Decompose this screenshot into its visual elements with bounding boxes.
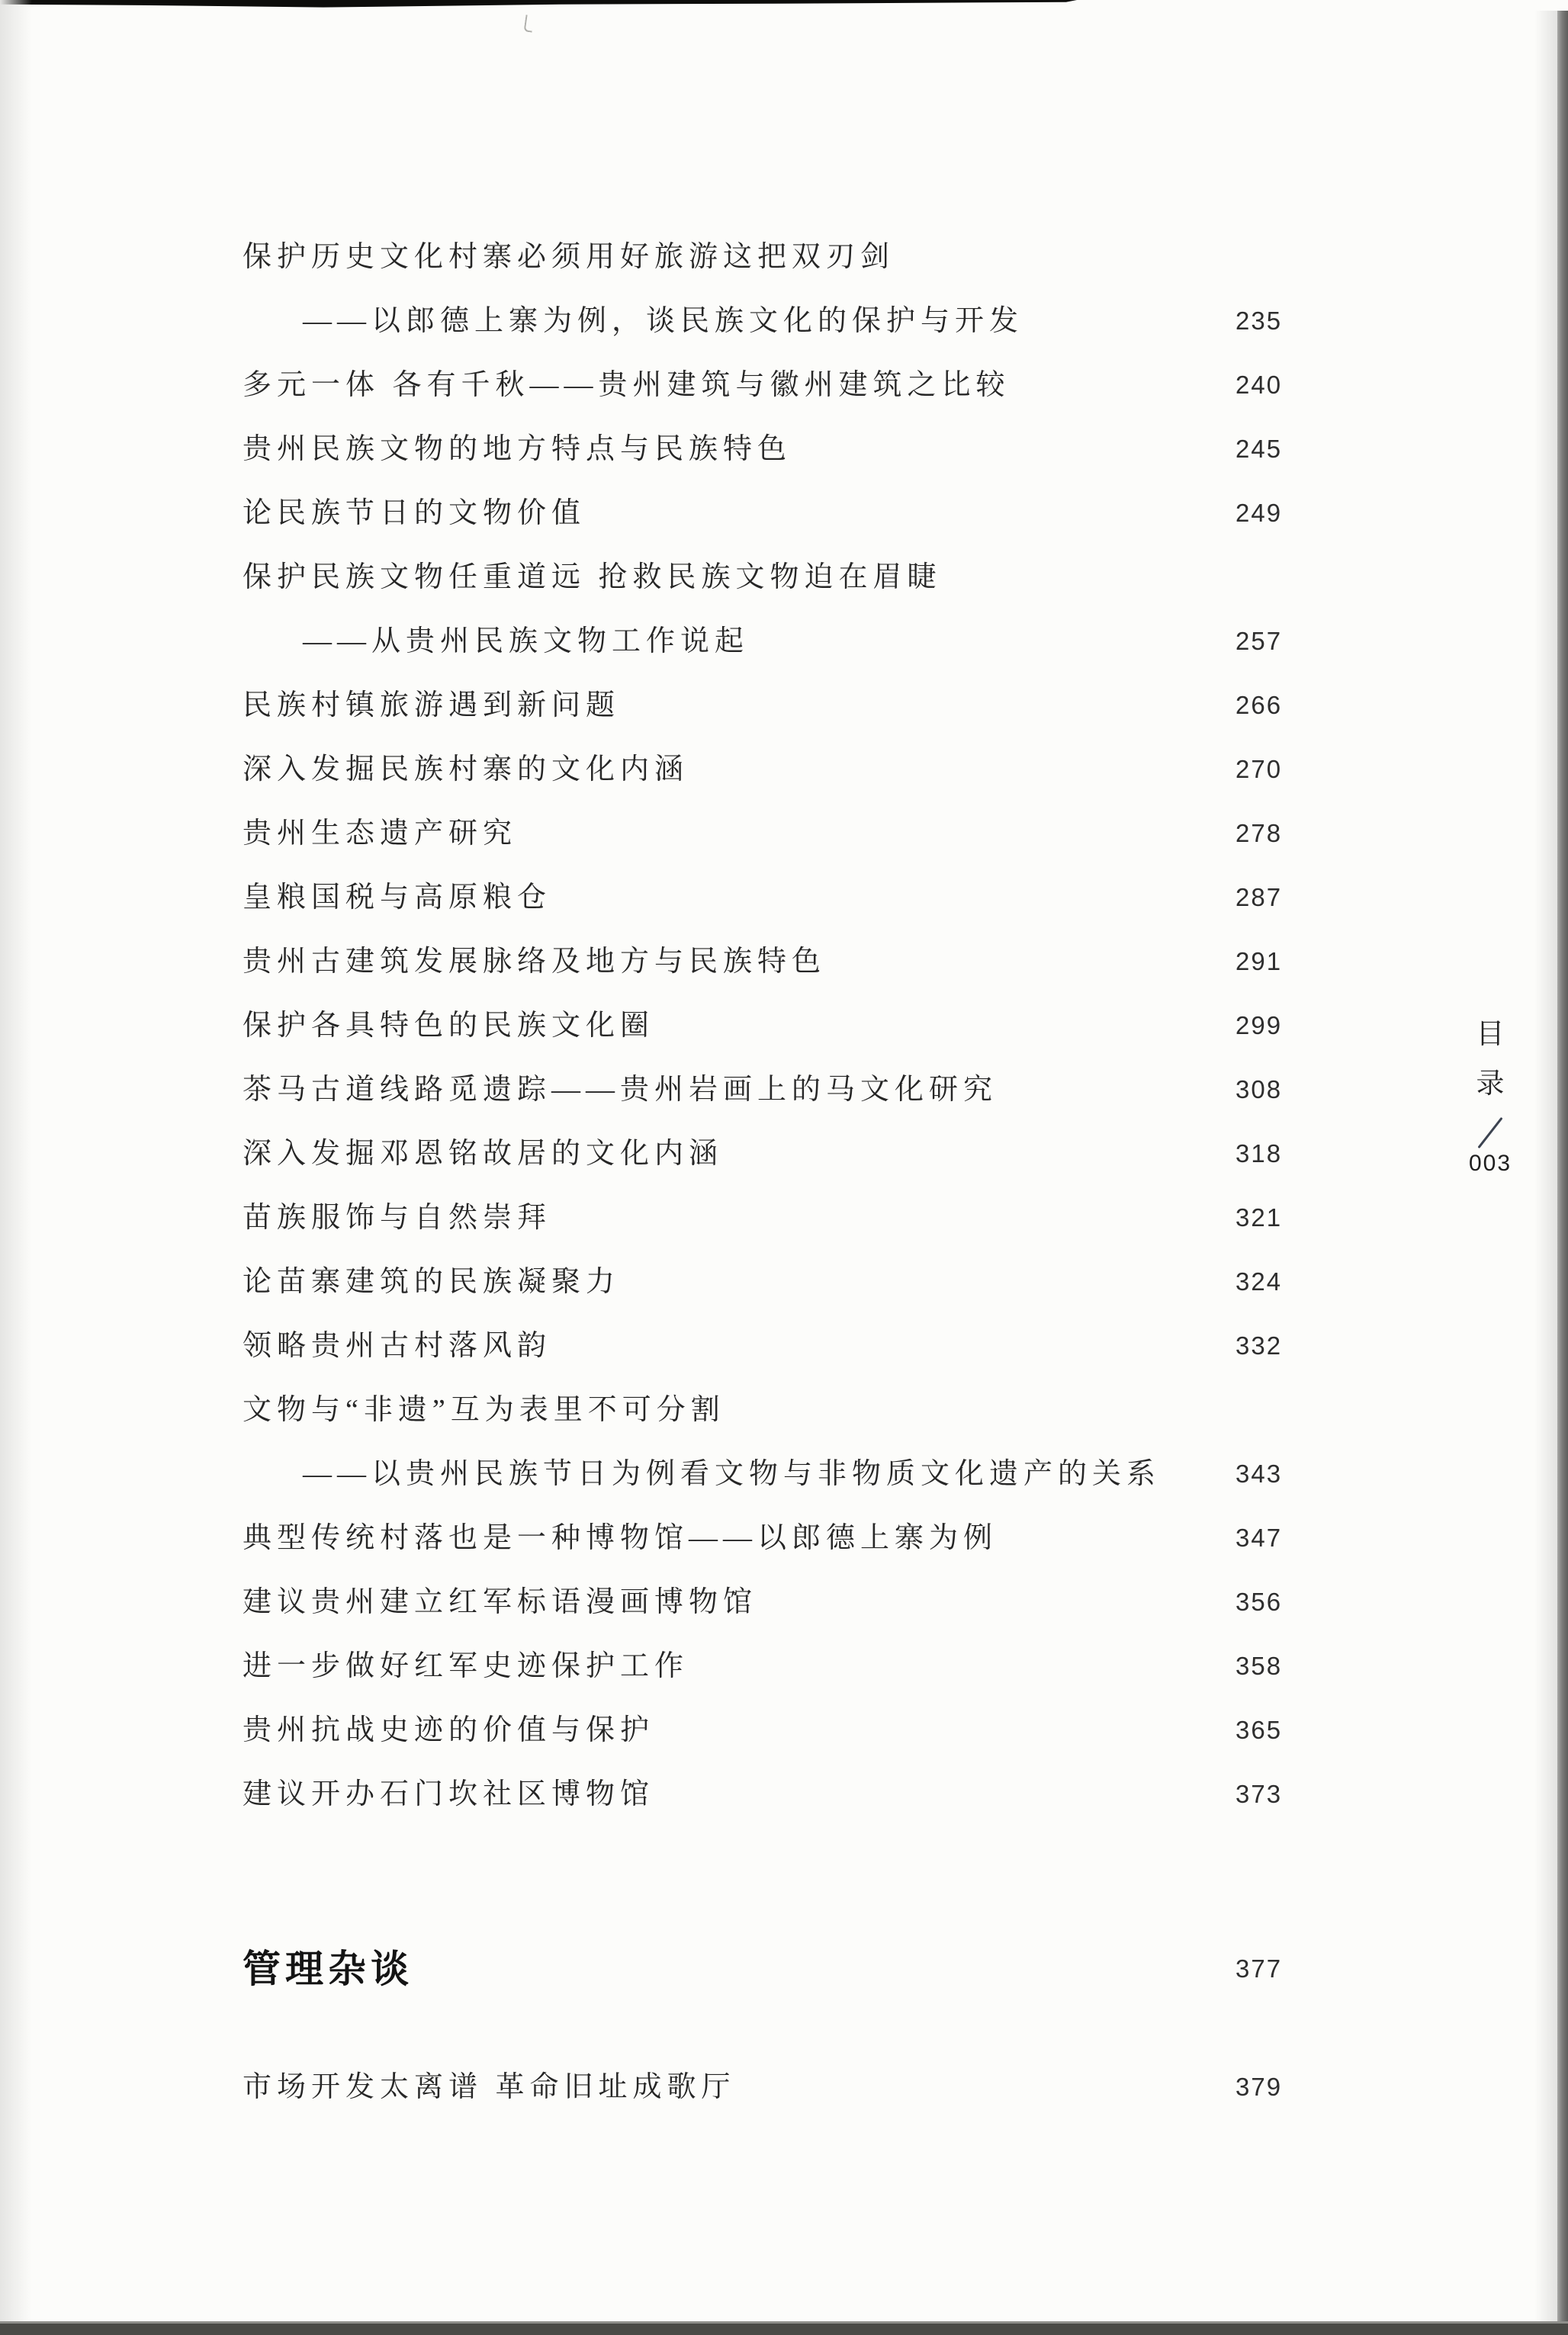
- toc-entry: 深入发掘民族村寨的文化内涵 270: [243, 737, 1281, 801]
- toc-entry-page-number: 240: [1235, 353, 1282, 417]
- margin-label-char: 目: [1476, 1020, 1505, 1049]
- toc-entry-page-number: 299: [1235, 994, 1282, 1058]
- toc-entry: 深入发掘邓恩铭故居的文化内涵 318: [243, 1122, 1281, 1186]
- toc-entry-page-number: 287: [1235, 866, 1282, 930]
- book-spine-band: [1557, 11, 1568, 2335]
- toc-entry-page-number: 358: [1235, 1634, 1282, 1698]
- toc-entry-title: 文物与“非遗”互为表里不可分割: [243, 1394, 725, 1426]
- toc-entry-page-number: 324: [1235, 1250, 1282, 1314]
- section-title: 管理杂谈: [243, 1948, 413, 1990]
- section-page-number: 377: [1235, 1937, 1282, 2001]
- toc-entry-title: 建议开办石门坎社区博物馆: [243, 1778, 654, 1810]
- toc-entry: 保护历史文化村寨必须用好旅游这把双刃剑: [243, 225, 1281, 289]
- toc-entry-title: 贵州古建筑发展脉络及地方与民族特色: [243, 946, 826, 978]
- spine-shadow: [1534, 11, 1557, 2335]
- toc-entry-title: 多元一体 各有千秋——贵州建筑与徽州建筑之比较: [243, 369, 1011, 401]
- toc-entry: 典型传统村落也是一种博物馆——以郎德上寨为例 347: [243, 1506, 1281, 1570]
- toc-entry-title: 贵州生态遗产研究: [243, 817, 517, 850]
- toc-entry-page-number: 373: [1235, 1762, 1282, 1826]
- toc-entry: 贵州抗战史迹的价值与保护 365: [243, 1698, 1281, 1762]
- toc-entry-title: 进一步做好红军史迹保护工作: [243, 1650, 689, 1682]
- toc-entry-page-number: 343: [1235, 1442, 1282, 1506]
- toc-entry-title: 贵州民族文物的地方特点与民族特色: [243, 433, 792, 465]
- toc-entry-page-number: 321: [1235, 1186, 1282, 1250]
- toc-entry-title: 市场开发太离谱 革命旧址成歌厅: [243, 2071, 736, 2103]
- toc-entry-page-number: 332: [1235, 1314, 1282, 1378]
- toc-entry-page-number: 249: [1235, 481, 1282, 545]
- toc-entry: ——以贵州民族节日为例看文物与非物质文化遗产的关系 343: [243, 1442, 1281, 1506]
- section-header-row: 管理杂谈 377: [243, 1937, 1281, 2001]
- toc-entry-page-number: 347: [1235, 1506, 1282, 1570]
- toc-entry: ——从贵州民族文物工作说起 257: [243, 609, 1281, 673]
- toc-entry-page-number: 257: [1235, 609, 1282, 673]
- toc-entry: 市场开发太离谱 革命旧址成歌厅 379: [243, 2055, 1281, 2119]
- toc-entry-title: 深入发掘民族村寨的文化内涵: [243, 753, 689, 785]
- toc-entry-page-number: 266: [1235, 673, 1282, 737]
- toc-entry-title: 领略贵州古村落风韵: [243, 1330, 551, 1362]
- margin-page-number: 003: [1469, 1152, 1512, 1175]
- toc-entry-title: 论苗寨建筑的民族凝聚力: [243, 1266, 620, 1298]
- toc-entry-page-number: 278: [1235, 801, 1282, 866]
- slash-separator: [1477, 1117, 1502, 1148]
- toc-entry-page-number: 379: [1235, 2055, 1282, 2119]
- toc-entry: 领略贵州古村落风韵 332: [243, 1314, 1281, 1378]
- margin-label: 目 录 003: [1455, 1020, 1525, 1175]
- toc-entry: 贵州生态遗产研究 278: [243, 801, 1281, 866]
- toc-entry: 贵州古建筑发展脉络及地方与民族特色 291: [243, 930, 1281, 994]
- toc-entry-title: 保护民族文物任重道远 抢救民族文物迫在眉睫: [243, 561, 942, 593]
- toc-entry-page-number: 291: [1235, 930, 1282, 994]
- toc-entry-page-number: 365: [1235, 1698, 1282, 1762]
- scanned-book-page: 保护历史文化村寨必须用好旅游这把双刃剑 ——以郎德上寨为例，谈民族文化的保护与开…: [0, 0, 1568, 2335]
- toc-entry-page-number: 318: [1235, 1122, 1282, 1186]
- scan-artifact-mark: [524, 14, 535, 32]
- toc-entry: 贵州民族文物的地方特点与民族特色 245: [243, 417, 1281, 481]
- toc-entry-title: 建议贵州建立红军标语漫画博物馆: [243, 1586, 757, 1618]
- toc-entry-title: 深入发掘邓恩铭故居的文化内涵: [243, 1138, 723, 1170]
- toc-entry: 茶马古道线路觅遗踪——贵州岩画上的马文化研究 308: [243, 1058, 1281, 1122]
- toc-entry: 进一步做好红军史迹保护工作 358: [243, 1634, 1281, 1698]
- toc-entry: 保护各具特色的民族文化圈 299: [243, 994, 1281, 1058]
- toc-entry-page-number: 245: [1235, 417, 1282, 481]
- toc-entry-title: 茶马古道线路觅遗踪——贵州岩画上的马文化研究: [243, 1074, 998, 1106]
- toc-entry-page-number: 235: [1235, 289, 1282, 353]
- toc-entry-title: 民族村镇旅游遇到新问题: [243, 689, 620, 721]
- page-left-edge-shading: [0, 0, 32, 2335]
- toc-entry-title: ——以贵州民族节日为例看文物与非物质文化遗产的关系: [303, 1458, 1161, 1490]
- toc-entry: 建议贵州建立红军标语漫画博物馆 356: [243, 1570, 1281, 1634]
- toc-list: 保护历史文化村寨必须用好旅游这把双刃剑 ——以郎德上寨为例，谈民族文化的保护与开…: [243, 225, 1281, 1826]
- toc-entry: 皇粮国税与高原粮仓 287: [243, 866, 1281, 930]
- toc-entry-title: 保护历史文化村寨必须用好旅游这把双刃剑: [243, 241, 895, 273]
- toc-entry-title: ——以郎德上寨为例，谈民族文化的保护与开发: [303, 305, 1023, 337]
- toc-entry: 苗族服饰与自然崇拜 321: [243, 1186, 1281, 1250]
- toc-entry-title: 皇粮国税与高原粮仓: [243, 882, 551, 914]
- toc-entry-title: 典型传统村落也是一种博物馆——以郎德上寨为例: [243, 1522, 998, 1554]
- toc-entry: 文物与“非遗”互为表里不可分割: [243, 1378, 1281, 1442]
- toc-entry-page-number: 356: [1235, 1570, 1282, 1634]
- toc-entry-title: 贵州抗战史迹的价值与保护: [243, 1714, 654, 1746]
- toc-entry: 论民族节日的文物价值 249: [243, 481, 1281, 545]
- toc-entry-title: 保护各具特色的民族文化圈: [243, 1010, 654, 1042]
- toc-entry: 多元一体 各有千秋——贵州建筑与徽州建筑之比较 240: [243, 353, 1281, 417]
- toc-entry-page-number: 308: [1235, 1058, 1282, 1122]
- toc-entry-page-number: 270: [1235, 737, 1282, 801]
- scan-artifact-top-bar: [0, 0, 1077, 8]
- toc-entry-title: 论民族节日的文物价值: [243, 497, 586, 529]
- toc-entry-title: ——从贵州民族文物工作说起: [303, 625, 749, 657]
- toc-entry: 论苗寨建筑的民族凝聚力 324: [243, 1250, 1281, 1314]
- toc-entry: 民族村镇旅游遇到新问题 266: [243, 673, 1281, 737]
- margin-label-char: 录: [1476, 1070, 1505, 1098]
- toc-entry: ——以郎德上寨为例，谈民族文化的保护与开发 235: [243, 289, 1281, 353]
- toc-entry: 建议开办石门坎社区博物馆 373: [243, 1762, 1281, 1826]
- scan-artifact-bottom-bar: [0, 2321, 1568, 2335]
- toc-entry: 保护民族文物任重道远 抢救民族文物迫在眉睫: [243, 545, 1281, 609]
- toc-entry-title: 苗族服饰与自然崇拜: [243, 1202, 551, 1234]
